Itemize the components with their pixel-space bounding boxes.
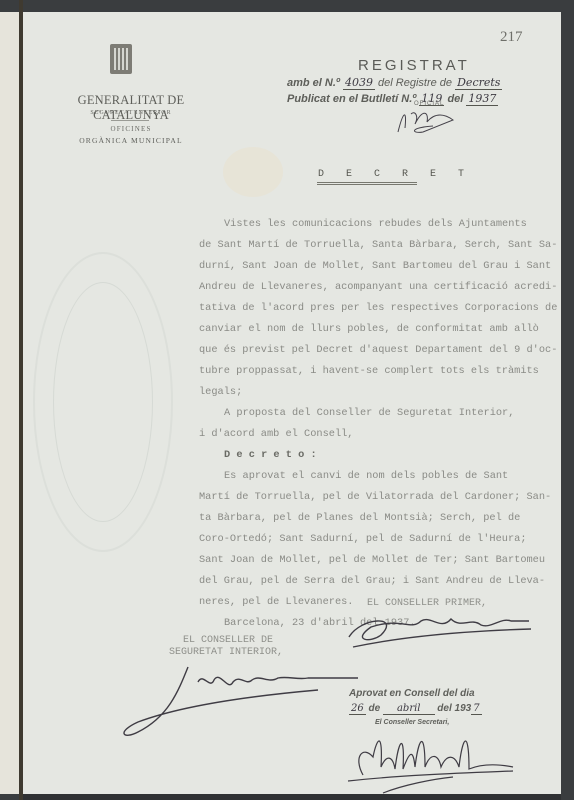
registry-number: 4039 — [343, 76, 375, 90]
body-line: Vistes les comunicacions rebudes dels Aj… — [224, 218, 527, 230]
document-page: GENERALITAT DE CATALUNYA SEGURETAT INTER… — [23, 12, 561, 794]
document-viewer: GENERALITAT DE CATALUNYA SEGURETAT INTER… — [0, 0, 574, 800]
registry-line-1: amb el N.º 4039 del Registre de Decrets — [287, 76, 502, 89]
embossed-seal-inner-ring — [53, 282, 153, 522]
body-line: que és previst pel Decret d'aquest Depar… — [199, 344, 557, 356]
registry-initials-signature — [393, 102, 463, 138]
approval-date-line: 26 de abril del 1937 — [349, 703, 482, 714]
interior-counselor-signature — [118, 662, 358, 742]
approval-day: 26 — [349, 703, 366, 715]
office-line-2: ORGÀNICA MUNICIPAL — [41, 136, 221, 145]
org-title: GENERALITAT DE CATALUNYA — [41, 93, 221, 123]
registry-stamp-title: REGISTRAT — [358, 57, 470, 74]
page-number: 217 — [500, 29, 523, 46]
secretary-label: El Conseller Secretari, — [375, 719, 449, 726]
body-line: Andreu de Llevaneres, acompanyant una ce… — [199, 281, 557, 293]
department-name: SEGURETAT INTERIOR — [41, 110, 221, 116]
approval-de: de — [369, 703, 381, 714]
body-line: legals; — [199, 386, 242, 398]
body-line: Sant Joan de Mollet, pel de Mollet de Te… — [199, 554, 545, 566]
approval-del: del 193 — [437, 703, 471, 714]
body-line: durní, Sant Joan de Mollet, Sant Bartome… — [199, 260, 551, 272]
register-label: del Registre de — [378, 77, 452, 89]
body-line: de Sant Martí de Torruella, Santa Bàrbar… — [199, 239, 557, 251]
registry-number-label: amb el N.º — [287, 77, 340, 89]
body-line: canviar el nom de llurs pobles, de confo… — [199, 323, 539, 335]
body-line: A proposta del Conseller de Seguretat In… — [224, 407, 514, 419]
register-type: Decrets — [455, 76, 502, 90]
interior-counselor-label-1: EL CONSELLER DE — [183, 635, 273, 646]
body-line: i d'acord amb el Consell, — [199, 428, 353, 440]
page-bottom-edge — [23, 794, 561, 800]
first-counselor-signature — [341, 607, 541, 657]
header-divider — [111, 120, 149, 121]
body-line: tativa de l'acord pres per les respectiv… — [199, 302, 557, 314]
decree-title-underline — [317, 182, 417, 185]
approval-year-digit: 7 — [471, 703, 481, 715]
body-line: Martí de Torruella, pel de Vilatorrada d… — [199, 491, 551, 503]
interior-counselor-label-2: SEGURETAT INTERIOR, — [169, 647, 283, 658]
decree-title: D E C R E T — [318, 169, 472, 180]
decreto-heading: D e c r e t o : — [224, 449, 317, 461]
body-line: del Grau, pel de Serra del Grau; i Sant … — [199, 575, 545, 587]
office-line-1: OFICINES — [41, 125, 221, 133]
catalan-coat-of-arms-icon — [110, 44, 132, 74]
bulletin-year: 1937 — [466, 92, 498, 106]
paper-stain — [223, 147, 283, 197]
approval-line: Aprovat en Consell del dia — [349, 688, 475, 699]
previous-page-edge — [0, 12, 19, 794]
secretary-signature — [343, 727, 523, 797]
approval-month: abril — [383, 703, 435, 715]
body-line: Es aprovat el canvi de nom dels pobles d… — [224, 470, 508, 482]
body-line: ta Bàrbara, pel de Planes del Montsià; S… — [199, 512, 520, 524]
body-line: tubre proppassat, i havent-se complert t… — [199, 365, 539, 377]
body-line: neres, pel de Llevaneres. — [199, 596, 353, 608]
body-line: Coro-Ortedó; Sant Sadurní, pel de Sadurn… — [199, 533, 527, 545]
